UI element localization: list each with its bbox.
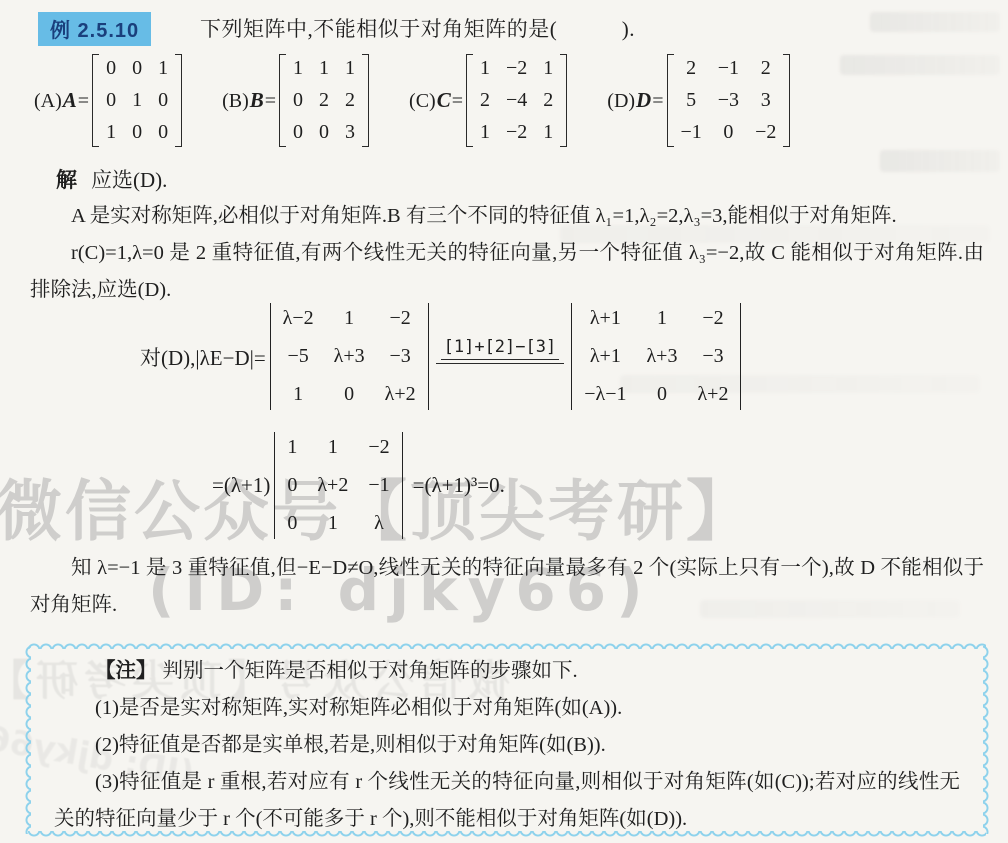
matrix-bracket-left — [92, 54, 99, 147]
matrix-cell: 1 — [293, 57, 303, 80]
det-cell: 1 — [287, 436, 297, 459]
matrix-var-d: D — [635, 88, 652, 112]
matrix-cell: 2 — [480, 89, 490, 112]
option-d-label: (D)D= — [607, 88, 663, 113]
det-cell: −2 — [368, 436, 389, 459]
matrix-a-grid: 001 010 100 — [104, 54, 170, 147]
option-letter: (C) — [409, 90, 436, 112]
equals-sign: = — [652, 90, 663, 112]
note-item-2: (2)特征值是否都是实单根,若是,则相似于对角矩阵(如(B)). — [54, 727, 960, 764]
matrix-cell: 0 — [132, 57, 142, 80]
option-a-label: (A)A= — [34, 88, 89, 113]
determinant-3: 11−2 0λ+2−1 01λ — [274, 432, 402, 539]
wavy-border-top — [28, 642, 986, 649]
equation2-lhs: =(λ+1) — [212, 473, 270, 498]
matrix-cell: 1 — [106, 121, 116, 144]
det-cell: λ+3 — [646, 345, 677, 368]
matrix-cell: 2 — [319, 89, 329, 112]
equals-sign: = — [452, 90, 463, 112]
det-cell: λ+2 — [317, 474, 348, 497]
solution-paragraph-2: r(C)=1,λ=0 是 2 重特征值,有两个线性无关的特征向量,另一个特征值 … — [30, 235, 984, 309]
options-row: (A)A= 001 010 100 (B)B= 111 022 003 (C)C… — [34, 50, 984, 150]
matrix-cell: 0 — [319, 121, 329, 144]
solution-paragraphs: A 是实对称矩阵,必相似于对角矩阵.B 有三个不同的特征值 λ₁=1,λ₂=2,… — [30, 198, 984, 309]
determinant-3-grid: 11−2 0λ+2−1 01λ — [275, 432, 401, 539]
matrix-cell: 1 — [543, 121, 553, 144]
matrix-cell: −2 — [506, 121, 527, 144]
det-cell: 1 — [328, 512, 338, 535]
matrix-cell: 0 — [293, 89, 303, 112]
det-cell: λ+2 — [697, 383, 728, 406]
matrix-cell: 2 — [543, 89, 553, 112]
matrix-bracket-left — [279, 54, 286, 147]
option-b: (B)B= 111 022 003 — [222, 54, 369, 147]
matrix-d: 2−12 5−33 −10−2 — [667, 54, 791, 147]
equals-sign: = — [265, 90, 276, 112]
option-letter: (A) — [34, 90, 62, 112]
equation2-rhs: =(λ+1)³=0. — [413, 473, 505, 498]
det-cell: λ+2 — [385, 383, 416, 406]
matrix-bracket-right — [175, 54, 182, 147]
solution-label: 解 — [56, 169, 77, 192]
matrix-cell: −4 — [506, 89, 527, 112]
det-cell: λ−2 — [283, 307, 314, 330]
matrix-cell: 0 — [293, 121, 303, 144]
note-label: 【注】 — [95, 660, 157, 682]
matrix-cell: 2 — [686, 57, 696, 80]
equals-sign: = — [78, 90, 89, 112]
row-operation-annotation: [1]+[2]−[3] — [441, 337, 560, 364]
matrix-bracket-left — [667, 54, 674, 147]
note-content: 【注】判别一个矩阵是否相似于对角矩阵的步骤如下. (1)是否是实对称矩阵,实对称… — [38, 651, 976, 830]
matrix-b: 111 022 003 — [279, 54, 369, 147]
matrix-var-c: C — [436, 88, 452, 112]
note-intro: 判别一个矩阵是否相似于对角矩阵的步骤如下. — [163, 660, 578, 682]
det-cell: 0 — [344, 383, 354, 406]
question-text: 下列矩阵中,不能相似于对角矩阵的是( ). — [200, 13, 635, 43]
solution-paragraph-1: A 是实对称矩阵,必相似于对角矩阵.B 有三个不同的特征值 λ₁=1,λ₂=2,… — [30, 198, 984, 235]
det-bar-right — [740, 303, 741, 410]
matrix-cell: 3 — [761, 89, 771, 112]
matrix-cell: 1 — [345, 57, 355, 80]
matrix-cell: 3 — [345, 121, 355, 144]
option-a: (A)A= 001 010 100 — [34, 54, 182, 147]
option-c-label: (C)C= — [409, 88, 463, 113]
matrix-cell: 5 — [686, 89, 696, 112]
matrix-cell: 1 — [480, 121, 490, 144]
matrix-cell: 0 — [132, 121, 142, 144]
option-b-label: (B)B= — [222, 88, 276, 113]
solution-line: 解应选(D). — [56, 164, 167, 194]
option-c: (C)C= 1−21 2−42 1−21 — [409, 54, 567, 147]
characteristic-equation-line2: =(λ+1) 11−2 0λ+2−1 01λ =(λ+1)³=0. — [212, 432, 505, 539]
det-cell: −2 — [389, 307, 410, 330]
page-bleed-smudge — [870, 12, 1000, 32]
matrix-bracket-right — [362, 54, 369, 147]
det-cell: 1 — [344, 307, 354, 330]
matrix-cell: 2 — [345, 89, 355, 112]
det-cell: −2 — [702, 307, 723, 330]
solution-answer: 应选(D). — [91, 168, 167, 192]
matrix-cell: 0 — [158, 121, 168, 144]
det-cell: −5 — [288, 345, 309, 368]
wavy-border-right — [983, 646, 990, 834]
matrix-cell: −1 — [681, 121, 702, 144]
note-box: 【注】判别一个矩阵是否相似于对角矩阵的步骤如下. (1)是否是实对称矩阵,实对称… — [24, 642, 990, 838]
matrix-cell: 2 — [761, 57, 771, 80]
equation1-lhs: 对(D),|λE−D|= — [140, 342, 266, 372]
determinant-1-grid: λ−21−2 −5λ+3−3 10λ+2 — [271, 303, 428, 410]
matrix-c-grid: 1−21 2−42 1−21 — [478, 54, 555, 147]
matrix-cell: −2 — [506, 57, 527, 80]
note-intro-line: 【注】判别一个矩阵是否相似于对角矩阵的步骤如下. — [54, 653, 960, 690]
matrix-cell: 0 — [106, 57, 116, 80]
matrix-cell: 1 — [480, 57, 490, 80]
option-letter: (B) — [222, 90, 249, 112]
option-letter: (D) — [607, 90, 635, 112]
det-bar-right — [402, 432, 403, 539]
row-operation-text: [1]+[2]−[3] — [441, 337, 560, 360]
matrix-cell: 1 — [319, 57, 329, 80]
conclusion-paragraph: 知 λ=−1 是 3 重特征值,但−E−D≠O,线性无关的特征向量最多有 2 个… — [30, 550, 984, 624]
det-cell: 0 — [287, 512, 297, 535]
matrix-c: 1−21 2−42 1−21 — [466, 54, 567, 147]
matrix-a: 001 010 100 — [92, 54, 182, 147]
determinant-1: λ−21−2 −5λ+3−3 10λ+2 — [270, 303, 429, 410]
option-d: (D)D= 2−12 5−33 −10−2 — [607, 54, 790, 147]
det-cell: 1 — [328, 436, 338, 459]
matrix-d-grid: 2−12 5−33 −10−2 — [679, 54, 779, 147]
det-cell: −3 — [702, 345, 723, 368]
matrix-bracket-right — [560, 54, 567, 147]
matrix-cell: 1 — [158, 57, 168, 80]
matrix-cell: 0 — [158, 89, 168, 112]
page-bleed-smudge — [880, 150, 1000, 172]
det-bar-right — [428, 303, 429, 410]
matrix-cell: 1 — [132, 89, 142, 112]
det-cell: λ+1 — [590, 307, 621, 330]
matrix-cell: −3 — [718, 89, 739, 112]
note-item-1: (1)是否是实对称矩阵,实对称矩阵必相似于对角矩阵(如(A)). — [54, 690, 960, 727]
det-cell: λ — [374, 512, 384, 535]
det-cell: λ+3 — [334, 345, 365, 368]
det-cell: 0 — [657, 383, 667, 406]
det-cell: 1 — [657, 307, 667, 330]
double-rule — [436, 360, 564, 364]
characteristic-equation-line1: 对(D),|λE−D|= λ−21−2 −5λ+3−3 10λ+2 [1]+[2… — [140, 303, 745, 410]
det-cell: 1 — [293, 383, 303, 406]
matrix-cell: −1 — [718, 57, 739, 80]
matrix-var-a: A — [62, 88, 78, 112]
determinant-2: λ+11−2 λ+1λ+3−3 −λ−10λ+2 — [571, 303, 741, 410]
matrix-cell: 0 — [106, 89, 116, 112]
matrix-cell: 1 — [543, 57, 553, 80]
wavy-border-left — [24, 646, 31, 834]
determinant-2-grid: λ+11−2 λ+1λ+3−3 −λ−10λ+2 — [572, 303, 740, 410]
matrix-cell: 0 — [723, 121, 733, 144]
matrix-bracket-left — [466, 54, 473, 147]
det-cell: −λ−1 — [584, 383, 626, 406]
det-cell: λ+1 — [590, 345, 621, 368]
det-cell: −3 — [389, 345, 410, 368]
matrix-bracket-right — [783, 54, 790, 147]
note-item-3: (3)特征值是 r 重根,若对应有 r 个线性无关的特征向量,则相似于对角矩阵(… — [54, 764, 960, 838]
matrix-var-b: B — [249, 88, 265, 112]
example-badge: 例 2.5.10 — [38, 12, 151, 46]
matrix-cell: −2 — [755, 121, 776, 144]
matrix-b-grid: 111 022 003 — [291, 54, 357, 147]
det-cell: 0 — [287, 474, 297, 497]
det-cell: −1 — [368, 474, 389, 497]
